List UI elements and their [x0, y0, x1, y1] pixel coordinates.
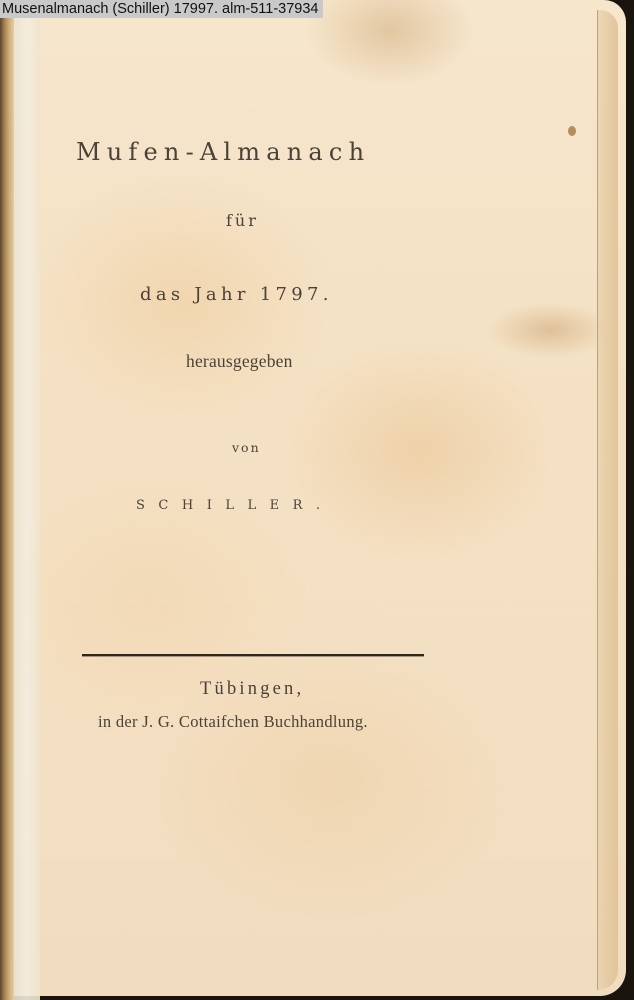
- horizontal-rule-divider: [82, 654, 424, 656]
- book-title: Mufen-Almanach: [76, 138, 370, 166]
- year-line: das Jahr 1797.: [140, 284, 333, 305]
- page-gutter: [14, 0, 40, 1000]
- edited-by-line: herausgegeben: [186, 351, 293, 372]
- author-name: SCHILLER.: [136, 498, 334, 513]
- preposition-line: für: [226, 211, 259, 230]
- by-line: von: [232, 440, 261, 455]
- spine-edge: [0, 0, 14, 1000]
- imprint-publisher: in der J. G. Cottaifchen Buchhandlung.: [98, 712, 368, 732]
- image-caption-label: Musenalmanach (Schiller) 17997. alm-511-…: [0, 0, 323, 18]
- page-right-edge: [597, 10, 618, 990]
- book-title-page: Mufen-Almanach für das Jahr 1797. heraus…: [0, 0, 626, 996]
- stain-mark: [568, 126, 576, 136]
- imprint-place: Tübingen,: [200, 679, 304, 700]
